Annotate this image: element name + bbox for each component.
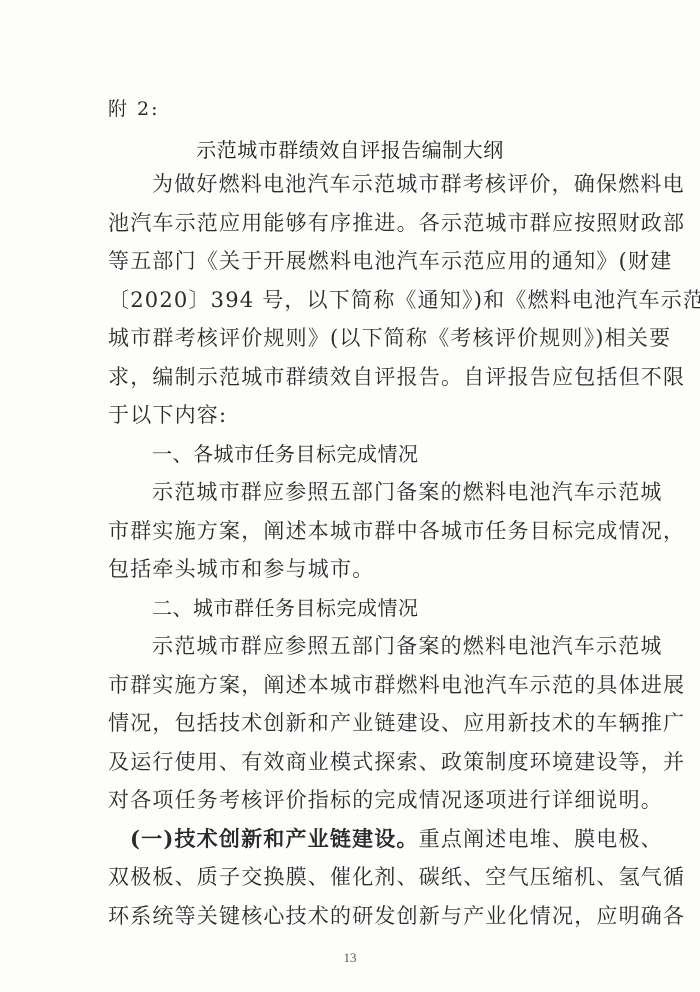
section-1-line-3: 包括牵头城市和参与城市。 <box>108 550 600 588</box>
intro-line-1: 为做好燃料电池汽车示范城市群考核评价，确保燃料电 <box>152 165 600 203</box>
section-1-line-1: 示范城市群应参照五部门备案的燃料电池汽车示范城 <box>152 473 600 511</box>
subsection-1-first-line: (一)技术创新和产业链建设。重点阐述电堆、膜电极、 <box>130 820 600 858</box>
section-2-heading: 二、城市群任务目标完成情况 <box>152 589 600 627</box>
intro-line-2: 池汽车示范应用能够有序推进。各示范城市群应按照财政部 <box>108 204 600 242</box>
intro-line-3: 等五部门《关于开展燃料电池汽车示范应用的通知》(财建 <box>108 242 600 280</box>
section-2-line-4: 及运行使用、有效商业模式探索、政策制度环境建设等，并 <box>108 743 600 781</box>
section-1-line-2: 市群实施方案，阐述本城市群中各城市任务目标完成情况， <box>108 512 600 550</box>
intro-line-6: 求，编制示范城市群绩效自评报告。自评报告应包括但不限 <box>108 358 600 396</box>
section-2-line-1: 示范城市群应参照五部门备案的燃料电池汽车示范城 <box>152 627 600 665</box>
subsection-1-line-2: 双极板、质子交换膜、催化剂、碳纸、空气压缩机、氢气循 <box>108 858 600 896</box>
subsection-1-heading: (一)技术创新和产业链建设。 <box>130 826 419 851</box>
page-number: 13 <box>0 950 700 966</box>
section-2-line-2: 市群实施方案，阐述本城市群燃料电池汽车示范的具体进展 <box>108 666 600 704</box>
intro-line-4: 〔2020〕394 号，以下简称《通知》)和《燃料电池汽车示范 <box>108 281 600 319</box>
section-1-heading: 一、各城市任务目标完成情况 <box>152 435 600 473</box>
intro-line-5: 城市群考核评价规则》(以下简称《考核评价规则》)相关要 <box>108 319 600 357</box>
section-2-line-5: 对各项任务考核评价指标的完成情况逐项进行详细说明。 <box>108 781 600 819</box>
section-2-line-3: 情况，包括技术创新和产业链建设、应用新技术的车辆推广 <box>108 704 600 742</box>
document-title: 示范城市群绩效自评报告编制大纲 <box>0 131 700 169</box>
document-page: 附 2: 示范城市群绩效自评报告编制大纲 为做好燃料电池汽车示范城市群考核评价，… <box>0 0 700 992</box>
attachment-label: 附 2: <box>108 90 600 128</box>
intro-line-7: 于以下内容: <box>108 396 600 434</box>
subsection-1-text: 重点阐述电堆、膜电极、 <box>419 827 663 851</box>
subsection-1-line-3: 环系统等关键核心技术的研发创新与产业化情况，应明确各 <box>108 897 600 935</box>
